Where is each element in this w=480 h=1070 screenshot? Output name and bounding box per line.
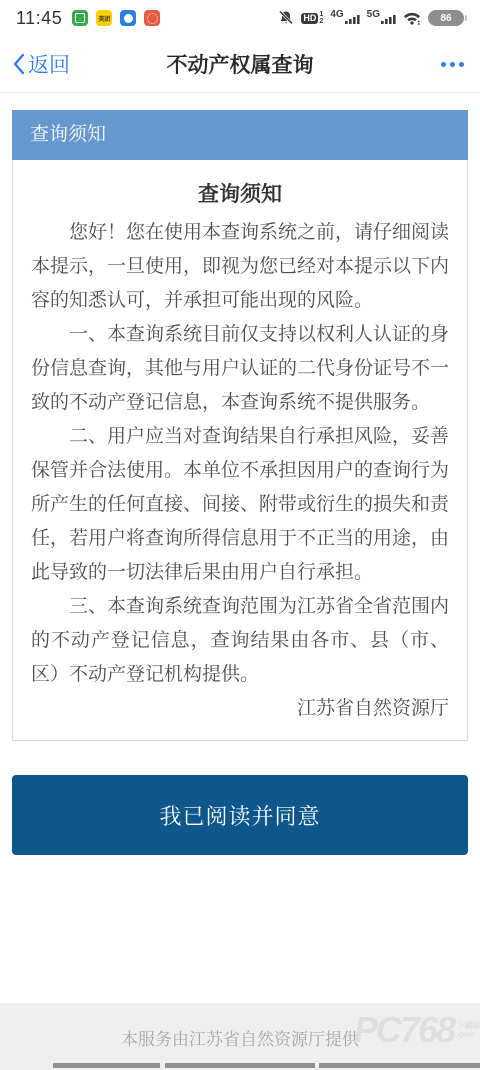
blue-app-notification-icon [120, 10, 136, 26]
notice-panel: 查询须知 查询须知 您好！您在使用本查询系统之前，请仔细阅读本提示，一旦使用，即… [12, 110, 468, 741]
status-bar-right: HD 1 2 4G 5G [278, 10, 464, 26]
notice-panel-body: 查询须知 您好！您在使用本查询系统之前，请仔细阅读本提示，一旦使用，即视为您已经… [13, 160, 467, 740]
orange-app-notification-icon [144, 10, 160, 26]
sim1-indicator: 1 [319, 11, 323, 18]
more-menu-button[interactable] [441, 49, 464, 79]
agree-button[interactable]: 我已阅读并同意 [12, 775, 468, 855]
page-title: 不动产权属查询 [0, 49, 480, 79]
status-bar-left: 11:45 美团 [16, 8, 160, 29]
wifi-icon [403, 11, 421, 25]
footer: 本服务由江苏省自然资源厅提供 PC768 下载站 .com [0, 1003, 480, 1070]
notice-paragraph: 三、本查询系统查询范围为江苏省全省范围内的不动产登记信息，查询结果由各市、县（市… [31, 590, 449, 692]
footer-divider-segment [53, 1063, 160, 1068]
notification-app-icons: 美团 [72, 10, 160, 26]
volte-hd-icon: HD 1 2 [301, 11, 323, 25]
footer-divider-segment [165, 1063, 315, 1068]
notice-paragraph: 一、本查询系统目前仅支持以权利人认证的身份信息查询，其他与用户认证的二代身份证号… [31, 318, 449, 420]
ellipsis-dot [441, 62, 446, 67]
footer-divider-segment [319, 1063, 480, 1068]
signal-4g-icon: 4G [330, 13, 359, 24]
sim2-indicator: 2 [319, 18, 323, 25]
notice-panel-header: 查询须知 [12, 110, 468, 160]
status-bar: 11:45 美团 HD 1 2 [0, 0, 480, 36]
green-app-notification-icon [72, 10, 88, 26]
notice-paragraph: 二、用户应当对查询结果自行承担风险，妥善保管并合法使用。本单位不承担因用户的查询… [31, 420, 449, 590]
chevron-left-icon [12, 53, 26, 75]
notice-signature: 江苏省自然资源厅 [31, 692, 449, 726]
notice-title: 查询须知 [31, 178, 449, 208]
notifications-muted-icon [278, 10, 294, 26]
nav-bar: 返回 不动产权属查询 [0, 36, 480, 93]
ellipsis-dot [450, 62, 455, 67]
signal-5g-icon: 5G [367, 13, 396, 24]
clock: 11:45 [16, 8, 62, 29]
notice-paragraph: 您好！您在使用本查询系统之前，请仔细阅读本提示，一旦使用，即视为您已经对本提示以… [31, 216, 449, 318]
ellipsis-dot [459, 62, 464, 67]
screen: 11:45 美团 HD 1 2 [0, 0, 480, 1070]
back-button-label: 返回 [28, 49, 70, 79]
back-button[interactable]: 返回 [12, 49, 70, 79]
footer-provider-text: 本服务由江苏省自然资源厅提供 [0, 1025, 480, 1050]
meituan-app-notification-icon: 美团 [96, 10, 112, 26]
battery-indicator: 86 [428, 10, 464, 26]
